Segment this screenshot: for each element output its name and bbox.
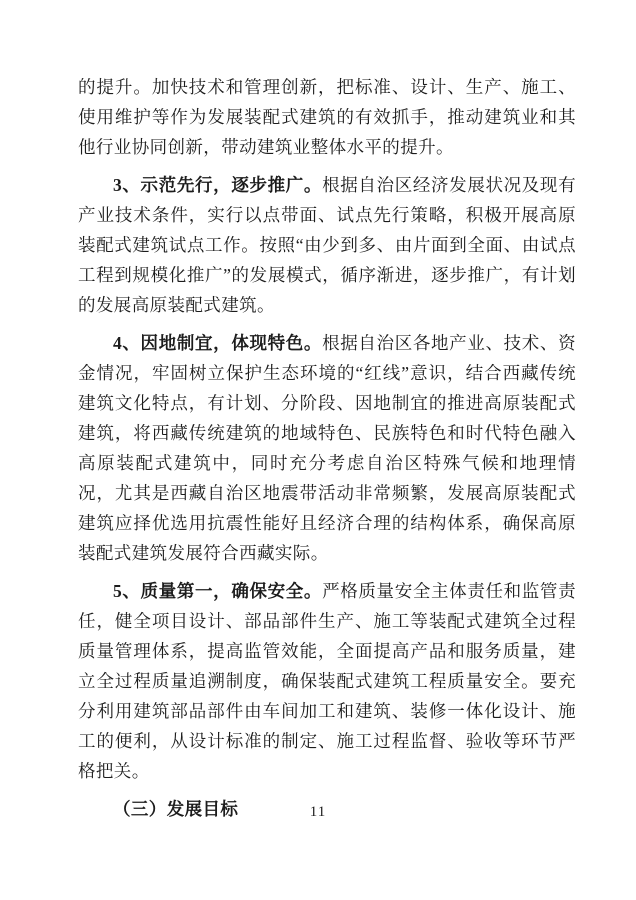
list-item-3: 3、示范先行，逐步推广。根据自治区经济发展状况及现有产业技术条件，实行以点带面、…	[78, 170, 576, 320]
list-item-5-body: 严格质量安全主体责任和监管责任，健全项目设计、部品部件生产、施工等装配式建筑全过…	[78, 581, 576, 781]
list-item-4: 4、因地制宜，体现特色。根据自治区各地产业、技术、资金情况，牢固树立保护生态环境…	[78, 328, 576, 568]
list-item-4-body: 根据自治区各地产业、技术、资金情况，牢固树立保护生态环境的“红线”意识，结合西藏…	[78, 333, 576, 563]
document-page: 的提升。加快技术和管理创新，把标准、设计、生产、施工、使用维护等作为发展装配式建…	[0, 0, 636, 900]
page-number: 11	[0, 804, 636, 821]
list-item-4-lead: 4、因地制宜，体现特色。	[113, 333, 322, 353]
list-item-5-lead: 5、质量第一，确保安全。	[113, 581, 322, 601]
list-item-3-body: 根据自治区经济发展状况及现有产业技术条件，实行以点带面、试点先行策略，积极开展高…	[78, 175, 576, 315]
list-item-3-lead: 3、示范先行，逐步推广。	[113, 175, 322, 195]
paragraph-continuation: 的提升。加快技术和管理创新，把标准、设计、生产、施工、使用维护等作为发展装配式建…	[78, 72, 576, 162]
list-item-5: 5、质量第一，确保安全。严格质量安全主体责任和监管责任，健全项目设计、部品部件生…	[78, 576, 576, 786]
